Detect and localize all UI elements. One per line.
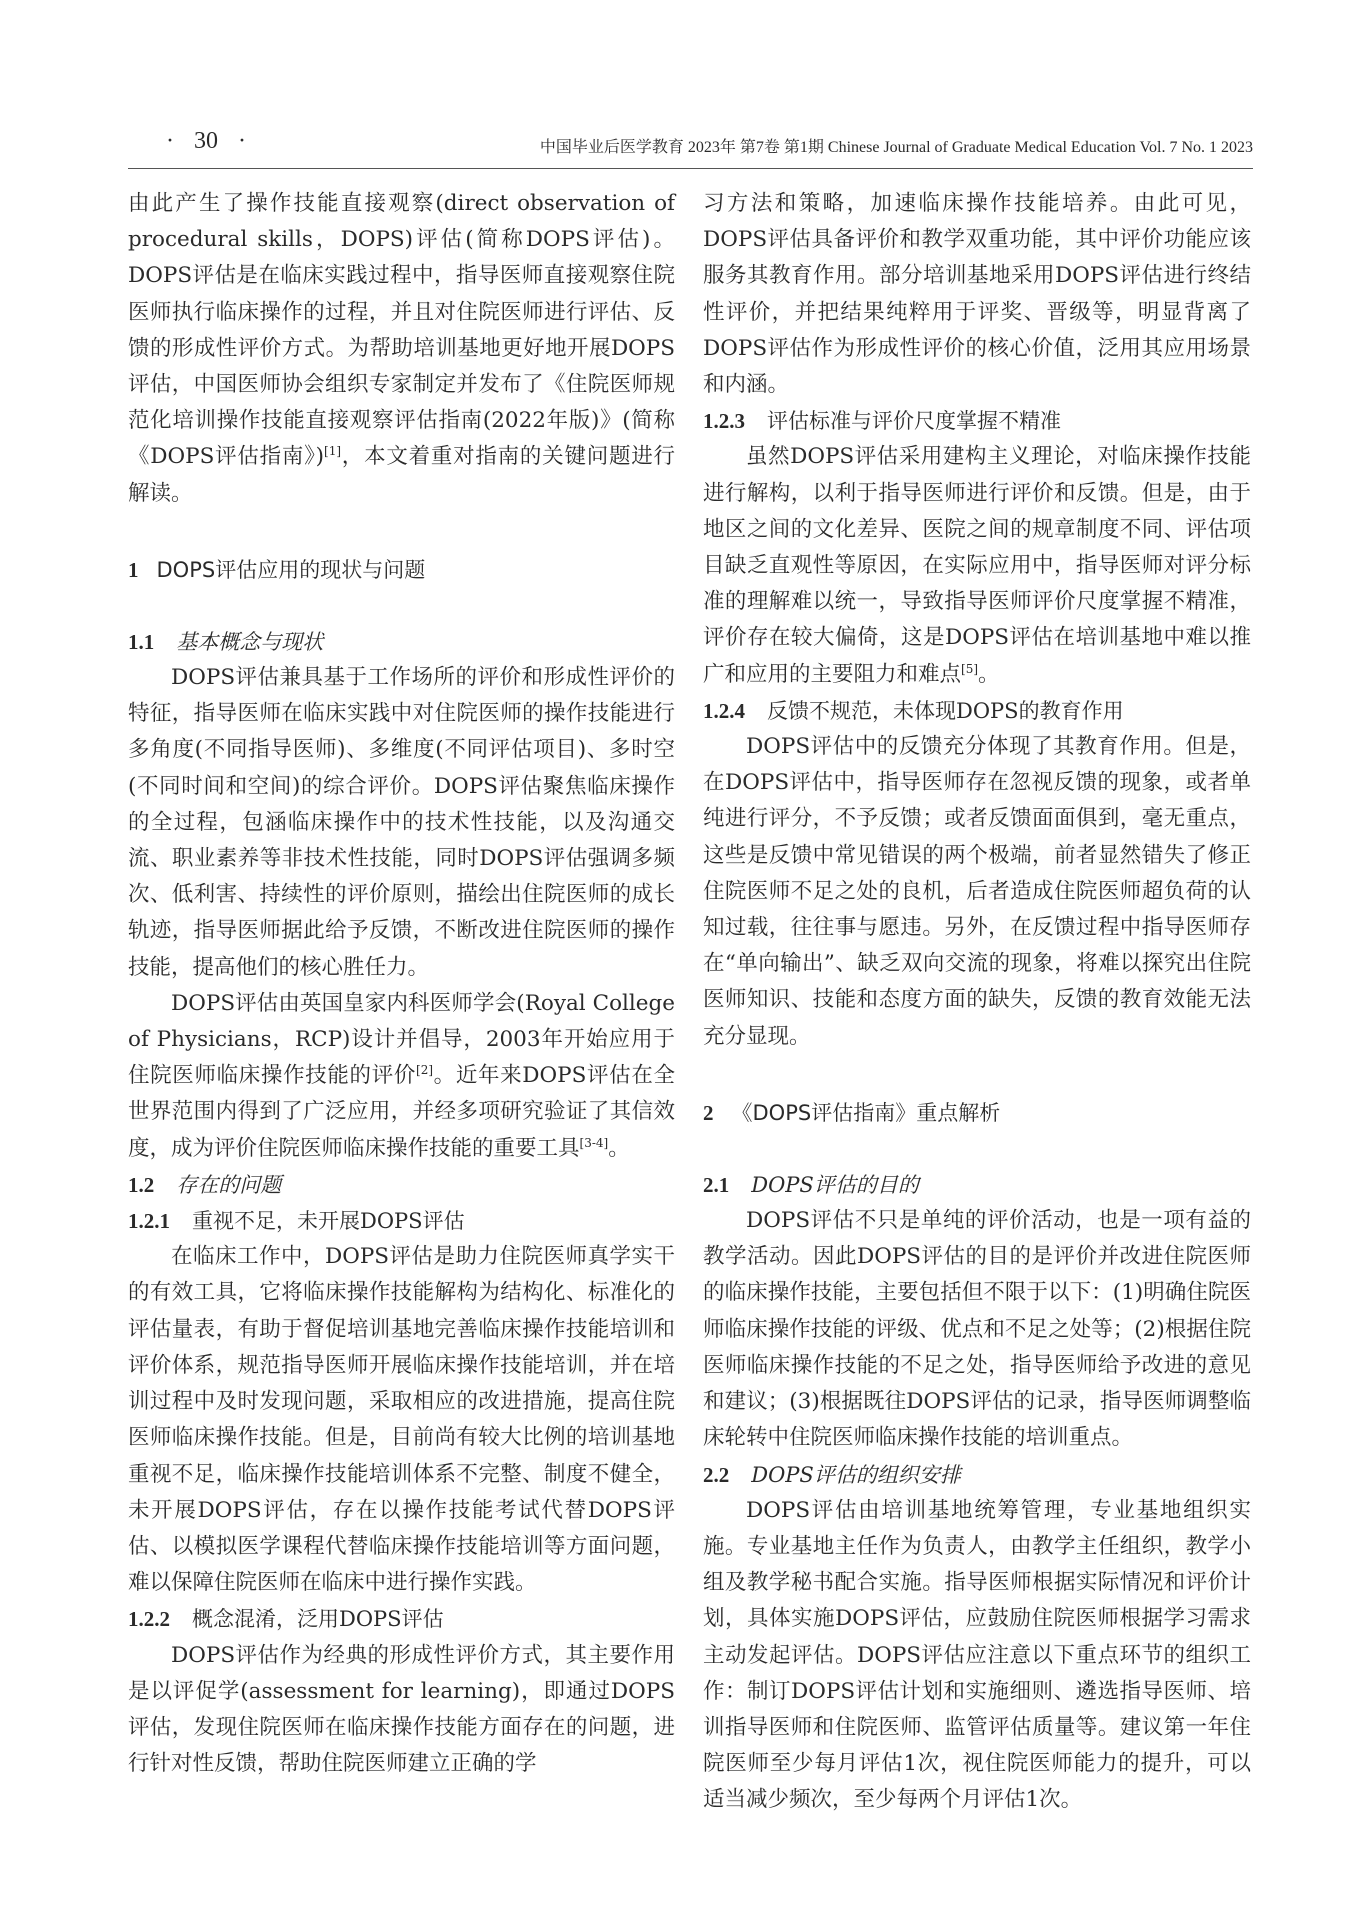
paragraph-1-2-4: DOPS评估中的反馈充分体现了其教育作用。但是，在DOPS评估中，指导医师存在忽… [703, 729, 1251, 1055]
subsection-heading-2-2: 2.2DOPS评估的组织安排 [703, 1457, 1251, 1493]
paragraph-1-2-1: 在临床工作中，DOPS评估是助力住院医师真学实干的有效工具，它将临床操作技能解构… [128, 1239, 675, 1601]
paragraph-2-1: DOPS评估不只是单纯的评价活动，也是一项有益的教学活动。因此DOPS评估的目的… [703, 1203, 1251, 1456]
paragraph-1-2-2: DOPS评估作为经典的形成性评价方式，其主要作用是以评促学(assessment… [128, 1638, 675, 1783]
right-column: 习方法和策略，加速临床操作技能培养。由此可见，DOPS评估具备评价和教学双重功能… [703, 186, 1251, 1819]
subsubsection-number: 1.2.2 [128, 1607, 170, 1631]
page-number: ·30· [146, 128, 266, 155]
subsubsection-heading-1-2-3: 1.2.3评估标准与评价尺度掌握不精准 [703, 403, 1251, 439]
subsection-title: DOPS评估的组织安排 [751, 1463, 961, 1487]
subsubsection-number: 1.2.1 [128, 1209, 170, 1233]
paragraph-1-2-3: 虽然DOPS评估采用建构主义理论，对临床操作技能进行解构，以利于指导医师进行评价… [703, 439, 1251, 692]
page-number-value: 30 [194, 128, 218, 154]
subsection-heading-1-1: 1.1基本概念与现状 [128, 624, 675, 660]
text-span: 。 [608, 1136, 630, 1161]
subsection-title: DOPS评估的目的 [751, 1173, 919, 1197]
subsection-title: 基本概念与现状 [176, 630, 323, 654]
paragraph-1-1-b: DOPS评估由英国皇家内科医师学会(Royal College of Physi… [128, 986, 675, 1167]
subsubsection-title: 重视不足，未开展DOPS评估 [192, 1209, 465, 1233]
subsection-title: 存在的问题 [176, 1173, 281, 1197]
section-number: 1 [128, 558, 139, 582]
running-header: ·30· 中国毕业后医学教育 2023年 第7卷 第1期 Chinese Jou… [128, 128, 1253, 169]
citation-ref: [2] [416, 1063, 433, 1077]
section-title: DOPS评估应用的现状与问题 [157, 558, 426, 582]
subsection-number: 1.2 [128, 1173, 154, 1197]
subsubsection-heading-1-2-4: 1.2.4反馈不规范，未体现DOPS的教育作用 [703, 693, 1251, 729]
subsection-number: 2.1 [703, 1173, 729, 1197]
citation-ref: [5] [961, 662, 978, 676]
subsubsection-number: 1.2.4 [703, 699, 745, 723]
citation-ref: [1] [324, 444, 341, 458]
subsubsection-heading-1-2-1: 1.2.1重视不足，未开展DOPS评估 [128, 1203, 675, 1239]
paragraph-1-1-a: DOPS评估兼具基于工作场所的评价和形成性评价的特征，指导医师在临床实践中对住院… [128, 660, 675, 986]
intro-paragraph: 由此产生了操作技能直接观察(direct observation of proc… [128, 186, 675, 512]
section-heading-1: 1DOPS评估应用的现状与问题 [128, 552, 675, 588]
section-title: 《DOPS评估指南》重点解析 [732, 1101, 1001, 1125]
subsubsection-title: 概念混淆，泛用DOPS评估 [192, 1607, 444, 1631]
journal-citation: 中国毕业后医学教育 2023年 第7卷 第1期 Chinese Journal … [540, 134, 1253, 157]
paragraph-2-2: DOPS评估由培训基地统筹管理，专业基地组织实施。专业基地主任作为负责人，由教学… [703, 1493, 1251, 1819]
intro-text: 由此产生了操作技能直接观察(direct observation of proc… [128, 191, 675, 469]
subsection-heading-1-2: 1.2存在的问题 [128, 1167, 675, 1203]
subsubsection-title: 评估标准与评价尺度掌握不精准 [767, 409, 1061, 433]
left-column: 由此产生了操作技能直接观察(direct observation of proc… [128, 186, 675, 1782]
subsubsection-title: 反馈不规范，未体现DOPS的教育作用 [767, 699, 1124, 723]
section-number: 2 [703, 1101, 714, 1125]
subsubsection-heading-1-2-2: 1.2.2概念混淆，泛用DOPS评估 [128, 1601, 675, 1637]
citation-ref: [3-4] [580, 1136, 609, 1150]
text-span: 。 [978, 662, 1000, 687]
paragraph-1-2-2-cont: 习方法和策略，加速临床操作技能培养。由此可见，DOPS评估具备评价和教学双重功能… [703, 186, 1251, 403]
subsubsection-number: 1.2.3 [703, 409, 745, 433]
subsection-number: 2.2 [703, 1463, 729, 1487]
subsection-number: 1.1 [128, 630, 154, 654]
section-heading-2: 2《DOPS评估指南》重点解析 [703, 1095, 1251, 1131]
text-span: 虽然DOPS评估采用建构主义理论，对临床操作技能进行解构，以利于指导医师进行评价… [703, 444, 1251, 686]
subsection-heading-2-1: 2.1DOPS评估的目的 [703, 1167, 1251, 1203]
